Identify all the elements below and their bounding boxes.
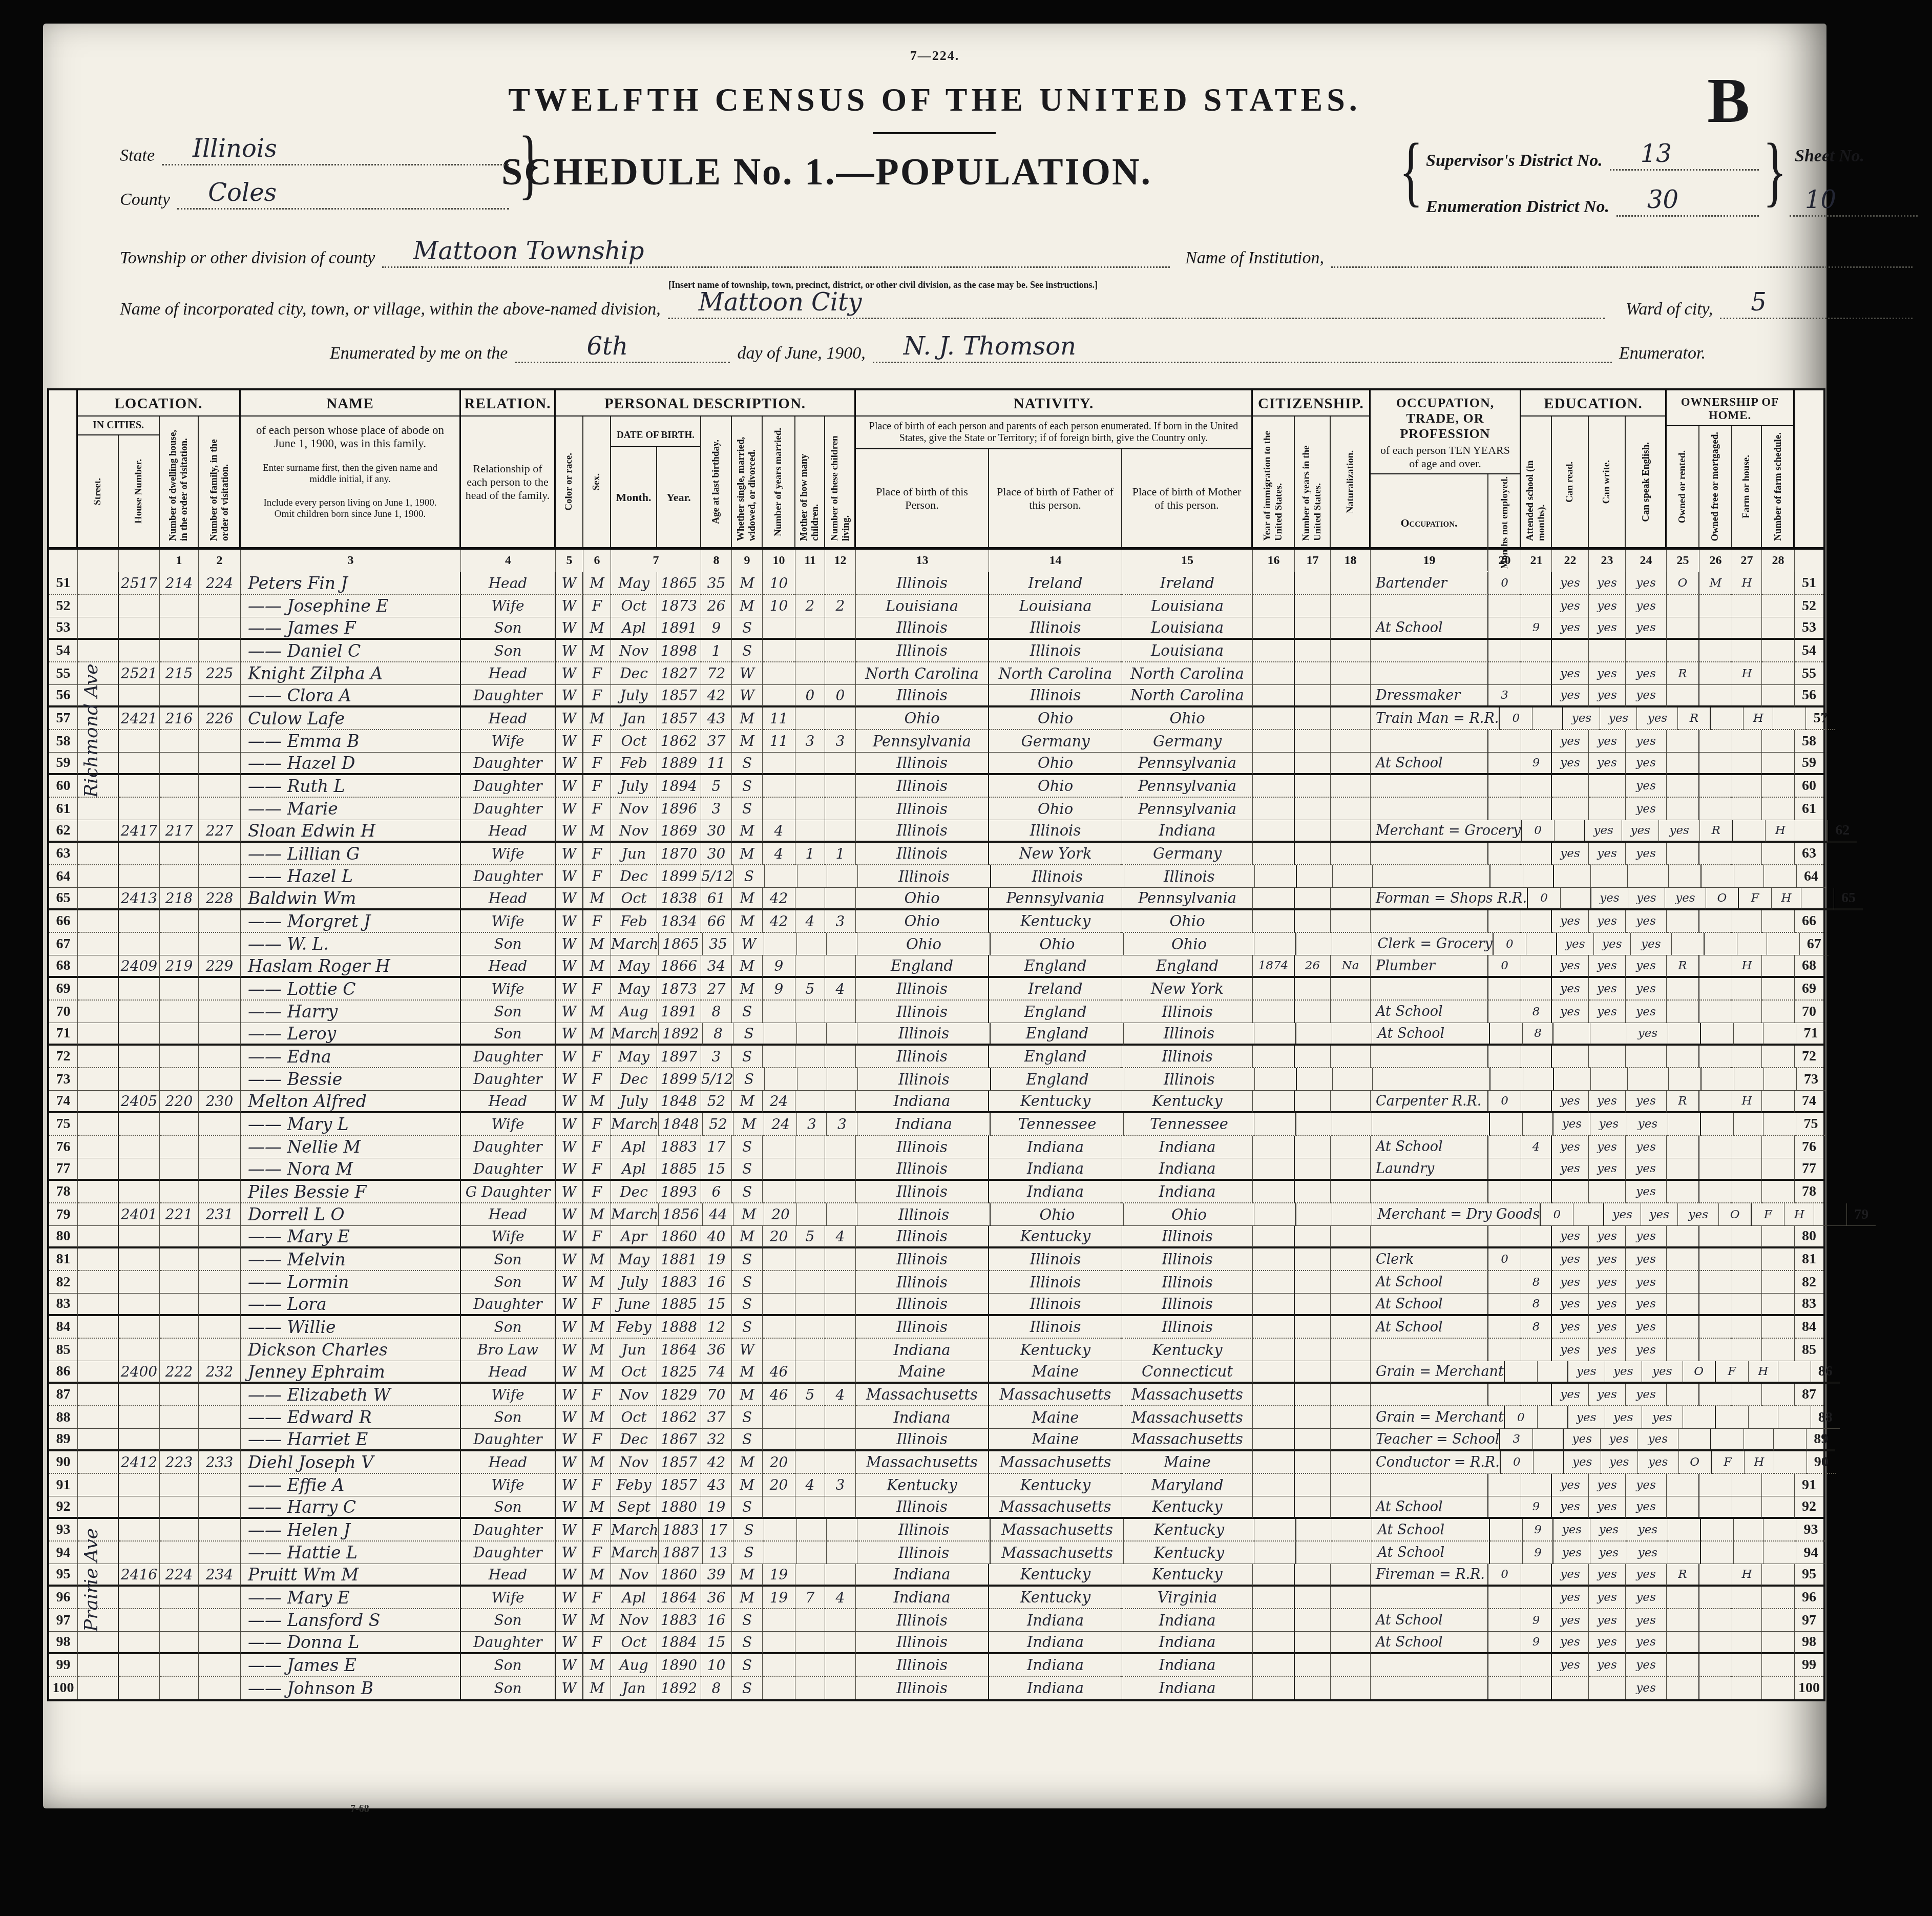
cell-pob: Illinois: [856, 1632, 989, 1654]
cell-en: yes: [1626, 730, 1667, 753]
cell-mc: [795, 617, 825, 640]
cell-street: [78, 933, 119, 955]
enumerated-pre: Enumerated by me on the: [330, 344, 515, 363]
cell-ln: 61: [49, 798, 78, 820]
cell-pob: Indiana: [856, 1406, 989, 1429]
cell-yus: [1295, 1474, 1331, 1496]
cell-mc: [795, 955, 825, 978]
cell-dw: [160, 1294, 199, 1316]
cell-imm: [1254, 1113, 1296, 1136]
cell-ln: 98: [1795, 1632, 1823, 1654]
cell-ln: 70: [49, 1001, 78, 1023]
cell-mc: [797, 1023, 827, 1046]
cell-fh: [1732, 1001, 1762, 1023]
cell-yus: [1296, 933, 1332, 955]
cell-dw: 223: [160, 1451, 199, 1474]
cell-mne: [1488, 1474, 1521, 1496]
cell-fam: [199, 1429, 241, 1451]
cell-sex: M: [583, 933, 611, 955]
cell-bm: Oct: [611, 730, 657, 753]
house-number-label: House Number.: [132, 457, 145, 526]
cell-pob: Illinois: [856, 1316, 989, 1339]
cell-fh: [1732, 775, 1762, 798]
cell-sch: [1521, 1046, 1552, 1068]
farm-schedule-header: Number of farm schedule.: [1762, 426, 1795, 547]
cell-house: [119, 1158, 160, 1181]
cell-rel: Son: [461, 1609, 556, 1632]
cell-name: —— Nora M: [241, 1158, 461, 1181]
cell-pm: Illinois: [1122, 1294, 1253, 1316]
cell-wr: yes: [1641, 1203, 1678, 1226]
cell-cl: [825, 955, 856, 978]
cell-sch: [1521, 640, 1552, 662]
cell-bm: March: [611, 1023, 659, 1046]
cell-pf: New York: [989, 843, 1122, 865]
cell-fm: [1699, 1271, 1732, 1294]
cell-nat: [1332, 1542, 1372, 1564]
owned-rented-header: Owned or rented.: [1667, 426, 1699, 547]
cell-fh: [1732, 685, 1762, 707]
cell-ym: [763, 775, 795, 798]
cell-fm: [1699, 1474, 1732, 1496]
cell-fh: [1734, 1113, 1763, 1136]
cell-rd: yes: [1568, 1361, 1605, 1384]
table-row: 622417217227Sloan Edwin HHeadWMNov186930…: [49, 820, 1823, 843]
cell-fs: [1762, 617, 1795, 640]
in-cities-cols: Street.House Number.: [78, 435, 159, 547]
cell-ln: 87: [1795, 1384, 1823, 1406]
cell-nat: [1331, 1316, 1371, 1339]
cell-pob: Illinois: [856, 798, 989, 820]
cell-age: 43: [701, 707, 732, 730]
cell-fh: [1732, 1587, 1762, 1609]
owned-rented-header-label: Owned or rented.: [1676, 448, 1689, 525]
cell-ln: 62: [1828, 820, 1857, 843]
cell-pob: Illinois: [856, 1294, 989, 1316]
cell-yus: [1295, 1406, 1331, 1429]
cell-nat: [1331, 1451, 1371, 1474]
cell-fh: [1732, 1226, 1762, 1248]
cell-fam: [199, 1316, 241, 1339]
cell-mne: 0: [1505, 1406, 1538, 1429]
cell-en: [1628, 1068, 1669, 1091]
cell-en: yes: [1626, 1632, 1667, 1654]
cell-sex: M: [583, 1677, 611, 1699]
cell-wr: yes: [1605, 1406, 1642, 1429]
census-table: LOCATION.IN CITIES.Street.House Number.N…: [47, 388, 1825, 1701]
cell-imm: [1253, 1609, 1295, 1632]
cell-fh: H: [1744, 707, 1773, 730]
cell-ym: [763, 1609, 795, 1632]
cell-imm: [1253, 617, 1295, 640]
column-number: 14: [989, 550, 1122, 572]
cell-age: 37: [701, 730, 732, 753]
cell-own: [1667, 1316, 1699, 1339]
cell-fam: [199, 1496, 241, 1519]
cell-imm: [1253, 888, 1295, 910]
cell-nat: [1331, 1496, 1371, 1519]
can-speak-english-header: Can speak English.: [1626, 416, 1667, 547]
cell-rel: Son: [461, 1496, 556, 1519]
township-value: Mattoon Township: [413, 237, 644, 265]
cell-by: 1862: [657, 1406, 701, 1429]
cell-mc: [795, 1001, 825, 1023]
cell-sch: [1521, 1226, 1552, 1248]
cell-imm: [1253, 1316, 1295, 1339]
cell-wr: [1589, 1677, 1626, 1699]
cell-ym: [763, 1632, 795, 1654]
cell-nat: [1331, 1001, 1371, 1023]
cell-fs: [1762, 1587, 1795, 1609]
relation-desc: Relationship of each person to the head …: [461, 460, 554, 504]
cell-cl: [827, 1203, 857, 1226]
cell-name: —— Marie: [241, 798, 461, 820]
cell-imm: [1253, 820, 1295, 843]
state-field: Illinois: [162, 141, 509, 165]
cell-yus: [1295, 1136, 1331, 1158]
cell-bm: Oct: [611, 595, 657, 617]
citizenship-content: Year of immigration to the United States…: [1253, 416, 1369, 547]
census-sheet: 7—224. B TWELFTH CENSUS OF THE UNITED ST…: [43, 24, 1826, 1808]
cell-color: W: [556, 617, 583, 640]
cell-mne: [1488, 1226, 1521, 1248]
column-number: 11: [795, 550, 825, 572]
cell-nat: [1331, 1181, 1371, 1203]
cell-pf: Indiana: [989, 1609, 1122, 1632]
cell-rel: Daughter: [461, 1429, 556, 1451]
cell-rel: Wife: [461, 1474, 556, 1496]
cell-mne: [1488, 1046, 1521, 1068]
cell-mc: [795, 1339, 825, 1361]
cell-color: W: [556, 1361, 583, 1384]
name-note2: Include every person living on June 1, 1…: [249, 495, 451, 522]
table-row: 56—— Clora ADaughterWFJuly185742W00Illin…: [49, 685, 1823, 707]
cell-fs: [1763, 1023, 1796, 1046]
cell-sch: [1555, 820, 1585, 843]
cell-rd: yes: [1552, 1158, 1589, 1181]
cell-ln: 83: [49, 1294, 78, 1316]
enumeration-value: 30: [1647, 185, 1678, 214]
cell-occ: At School: [1371, 1294, 1488, 1316]
cell-rel: Wife: [461, 1587, 556, 1609]
cell-cl: [825, 1339, 856, 1361]
cell-mc: [795, 1564, 825, 1587]
cell-dw: [160, 798, 199, 820]
cell-sex: M: [583, 707, 611, 730]
cell-pf: Indiana: [989, 1136, 1122, 1158]
cell-ln: 77: [1795, 1158, 1823, 1181]
cell-nat: [1331, 820, 1371, 843]
cell-bm: Apr: [611, 1226, 657, 1248]
cell-nat: [1331, 1361, 1371, 1384]
cell-en: yes: [1642, 1406, 1683, 1429]
cell-own: [1668, 1519, 1701, 1542]
cell-nat: [1332, 1203, 1372, 1226]
dob-year-label: Year.: [662, 489, 695, 506]
cell-pm: Louisiana: [1122, 617, 1253, 640]
cell-ln: 83: [1795, 1294, 1823, 1316]
gutter-right-header: [1795, 390, 1823, 547]
cell-rel: Son: [461, 1248, 556, 1271]
cell-name: —— Edna: [241, 1046, 461, 1068]
cell-by: 1856: [659, 1203, 703, 1226]
cell-street: [78, 1632, 119, 1654]
cell-rel: Daughter: [461, 1158, 556, 1181]
cell-sex: F: [583, 1046, 611, 1068]
cell-age: 16: [701, 1271, 732, 1294]
cell-wr: yes: [1601, 1429, 1637, 1451]
cell-ln: 80: [1795, 1226, 1823, 1248]
cell-sex: F: [583, 1587, 611, 1609]
city-value: Mattoon City: [699, 288, 862, 317]
cell-imm: [1254, 1519, 1296, 1542]
cell-nat: [1331, 1632, 1371, 1654]
cell-fam: 231: [199, 1203, 241, 1226]
dob-year-header: Year.: [657, 447, 700, 547]
cell-pob: Illinois: [856, 1001, 989, 1023]
cell-own: [1669, 1068, 1702, 1091]
cell-pf: North Carolina: [989, 662, 1122, 685]
cell-wr: [1590, 1023, 1627, 1046]
free-mortgaged-header-label: Owned free or mortgaged.: [1709, 430, 1722, 544]
cell-ym: [763, 1046, 795, 1068]
cell-sch: [1523, 1068, 1554, 1091]
cell-street: [78, 1677, 119, 1699]
cell-sex: M: [583, 1496, 611, 1519]
cell-ym: [763, 662, 795, 685]
street-label: Street.: [91, 476, 104, 507]
cell-occ: [1371, 730, 1488, 753]
census-scan-page: { "form": { "form_number": "7—224.", "pa…: [0, 0, 1932, 1916]
cell-own: O: [1719, 1203, 1752, 1226]
cell-imm: [1253, 1158, 1295, 1181]
cell-mar: M: [732, 1564, 763, 1587]
cell-ym: [764, 1023, 797, 1046]
table-row: 53—— James FSonWMApl18919SIllinoisIllino…: [49, 617, 1823, 640]
cell-house: 2409: [119, 955, 160, 978]
cell-ln: 55: [49, 662, 78, 685]
table-row: 84—— WillieSonWMFeby188812SIllinoisIllin…: [49, 1316, 1823, 1339]
cell-house: [119, 1046, 160, 1068]
cell-pm: Illinois: [1122, 1271, 1253, 1294]
cell-color: W: [556, 933, 583, 955]
cell-nat: [1331, 1474, 1371, 1496]
cell-occ: Merchant = Grocery: [1371, 820, 1522, 843]
cell-occ: At School: [1371, 753, 1488, 775]
cell-bm: Nov: [611, 1609, 657, 1632]
cell-fs: [1762, 955, 1795, 978]
cell-color: W: [556, 888, 583, 910]
cell-mc: 5: [795, 1384, 825, 1406]
cell-yus: [1295, 1046, 1331, 1068]
cell-ln: 51: [49, 572, 78, 595]
cell-pm: Indiana: [1122, 820, 1253, 843]
cell-house: [119, 1542, 160, 1564]
cell-age: 9: [701, 617, 732, 640]
cell-sex: M: [583, 1339, 611, 1361]
cell-fam: [199, 617, 241, 640]
cell-nat: [1331, 1429, 1371, 1451]
cell-pf: Illinois: [989, 685, 1122, 707]
cell-yus: [1295, 1158, 1331, 1181]
cell-nat: [1331, 1609, 1371, 1632]
dwelling-number-header-label: Number of dwelling house, in the order o…: [166, 421, 191, 543]
cell-rel: Daughter: [461, 775, 556, 798]
cell-own: O: [1679, 1451, 1712, 1474]
cell-wr: yes: [1589, 1001, 1626, 1023]
cell-rd: [1554, 865, 1591, 888]
cell-mne: [1488, 775, 1521, 798]
cell-fh: [1732, 843, 1762, 865]
cell-ln: 91: [49, 1474, 78, 1496]
cell-pob: England: [856, 955, 989, 978]
cell-name: Haslam Roger H: [241, 955, 461, 978]
cell-mar: M: [733, 1203, 764, 1226]
cell-pob: Kentucky: [856, 1474, 989, 1496]
cell-sex: M: [583, 640, 611, 662]
cell-mc: [795, 1046, 825, 1068]
cell-sch: 8: [1521, 1294, 1552, 1316]
cell-fm: [1701, 1542, 1734, 1564]
cell-rd: yes: [1552, 1316, 1589, 1339]
cell-nat: [1331, 1226, 1371, 1248]
cell-color: W: [556, 978, 583, 1001]
cell-age: 17: [703, 1519, 733, 1542]
cell-by: 1860: [657, 1564, 701, 1587]
group-relation: RELATION.Relationship of each person to …: [461, 390, 556, 547]
cell-rel: Bro Law: [461, 1339, 556, 1361]
cell-pob: Illinois: [856, 1181, 989, 1203]
cell-pf: Indiana: [989, 1181, 1122, 1203]
cell-ln: 53: [49, 617, 78, 640]
cell-mar: M: [732, 910, 763, 933]
cell-fh: [1732, 617, 1762, 640]
cell-cl: [825, 662, 856, 685]
table-row: 512517214224Peters Fin JHeadWMMay186535M…: [49, 572, 1823, 595]
cell-cl: [825, 707, 856, 730]
column-number: 15: [1122, 550, 1253, 572]
cell-yus: [1295, 798, 1331, 820]
cell-by: 1888: [657, 1316, 701, 1339]
cell-wr: [1589, 1181, 1626, 1203]
cell-house: [119, 978, 160, 1001]
cell-own: [1667, 595, 1699, 617]
cell-imm: [1253, 1136, 1295, 1158]
cell-bm: Nov: [611, 820, 657, 843]
cell-fam: [199, 1632, 241, 1654]
cell-own: [1667, 1609, 1699, 1632]
cell-yus: [1295, 1564, 1331, 1587]
cell-mar: S: [732, 1158, 763, 1181]
cell-dw: 215: [160, 662, 199, 685]
cell-age: 16: [701, 1609, 732, 1632]
cell-pf: Illinois: [989, 640, 1122, 662]
cell-imm: [1253, 978, 1295, 1001]
cell-yus: [1295, 1496, 1331, 1519]
cell-bm: May: [611, 955, 657, 978]
cell-color: W: [556, 910, 583, 933]
cell-own: [1667, 1496, 1699, 1519]
cell-dw: [160, 1046, 199, 1068]
cell-wr: yes: [1601, 1451, 1638, 1474]
cell-rd: [1552, 1046, 1589, 1068]
cell-pob: Illinois: [856, 1429, 989, 1451]
cell-yus: [1295, 662, 1331, 685]
cell-wr: yes: [1600, 707, 1637, 730]
cell-dw: [160, 1677, 199, 1699]
cell-nat: [1331, 1294, 1371, 1316]
cell-yus: [1296, 1203, 1332, 1226]
cell-ln: 98: [49, 1632, 78, 1654]
cell-bm: Apl: [611, 1158, 657, 1181]
cell-bm: Feby: [611, 1474, 657, 1496]
cell-ln: 90: [1807, 1451, 1836, 1474]
cell-cl: [825, 1294, 856, 1316]
cell-sex: F: [583, 1068, 611, 1091]
can-speak-english-header-label: Can speak English.: [1640, 440, 1653, 524]
cell-age: 44: [703, 1203, 733, 1226]
cell-fam: 233: [199, 1451, 241, 1474]
cell-imm: [1253, 1496, 1295, 1519]
cell-ln: 56: [49, 685, 78, 707]
cell-rel: Son: [461, 1316, 556, 1339]
cell-house: [119, 843, 160, 865]
cell-color: W: [556, 1113, 583, 1136]
table-row: 61—— MarieDaughterWFNov18963SIllinoisOhi…: [49, 798, 1823, 820]
cell-mar: S: [732, 1632, 763, 1654]
cell-dw: [160, 1113, 199, 1136]
cell-pob: Illinois: [856, 617, 989, 640]
cell-cl: [825, 753, 856, 775]
cell-name: —— Lottie C: [241, 978, 461, 1001]
cell-bm: Nov: [611, 640, 657, 662]
cell-sch: [1534, 1451, 1564, 1474]
cell-dw: 216: [160, 707, 199, 730]
cell-fm: [1699, 1294, 1732, 1316]
cell-fm: M: [1699, 572, 1732, 595]
township-label: Township or other division of county: [120, 248, 382, 268]
cell-dw: 217: [160, 820, 199, 843]
form-number: 7—224.: [43, 48, 1826, 64]
cell-mne: [1488, 1181, 1521, 1203]
cell-mc: [795, 1406, 825, 1429]
cell-fm: [1705, 933, 1737, 955]
column-number: 23: [1589, 550, 1626, 572]
cell-ym: [763, 1136, 795, 1158]
cell-pm: Kentucky: [1122, 1091, 1253, 1113]
cell-yus: [1295, 1609, 1331, 1632]
cell-wr: yes: [1589, 1158, 1626, 1181]
cell-age: 27: [701, 978, 732, 1001]
cell-dw: [160, 910, 199, 933]
cell-street: [78, 910, 119, 933]
district-open-brace: {: [1395, 140, 1427, 203]
cell-pob: Illinois: [856, 1248, 989, 1271]
cell-pm: Ohio: [1122, 910, 1253, 933]
cell-rd: [1552, 798, 1589, 820]
cell-fh: H: [1732, 955, 1762, 978]
cell-bm: Jun: [611, 1339, 657, 1361]
cell-dw: [160, 1609, 199, 1632]
citizenship-title: CITIZENSHIP.: [1253, 390, 1369, 416]
cell-ym: 24: [763, 1091, 795, 1113]
cell-bm: March: [611, 933, 659, 955]
cell-rel: Son: [461, 1677, 556, 1699]
state-value: Illinois: [193, 134, 277, 163]
cell-imm: [1253, 798, 1295, 820]
cell-by: 1860: [657, 1226, 701, 1248]
cell-rd: yes: [1553, 1542, 1590, 1564]
